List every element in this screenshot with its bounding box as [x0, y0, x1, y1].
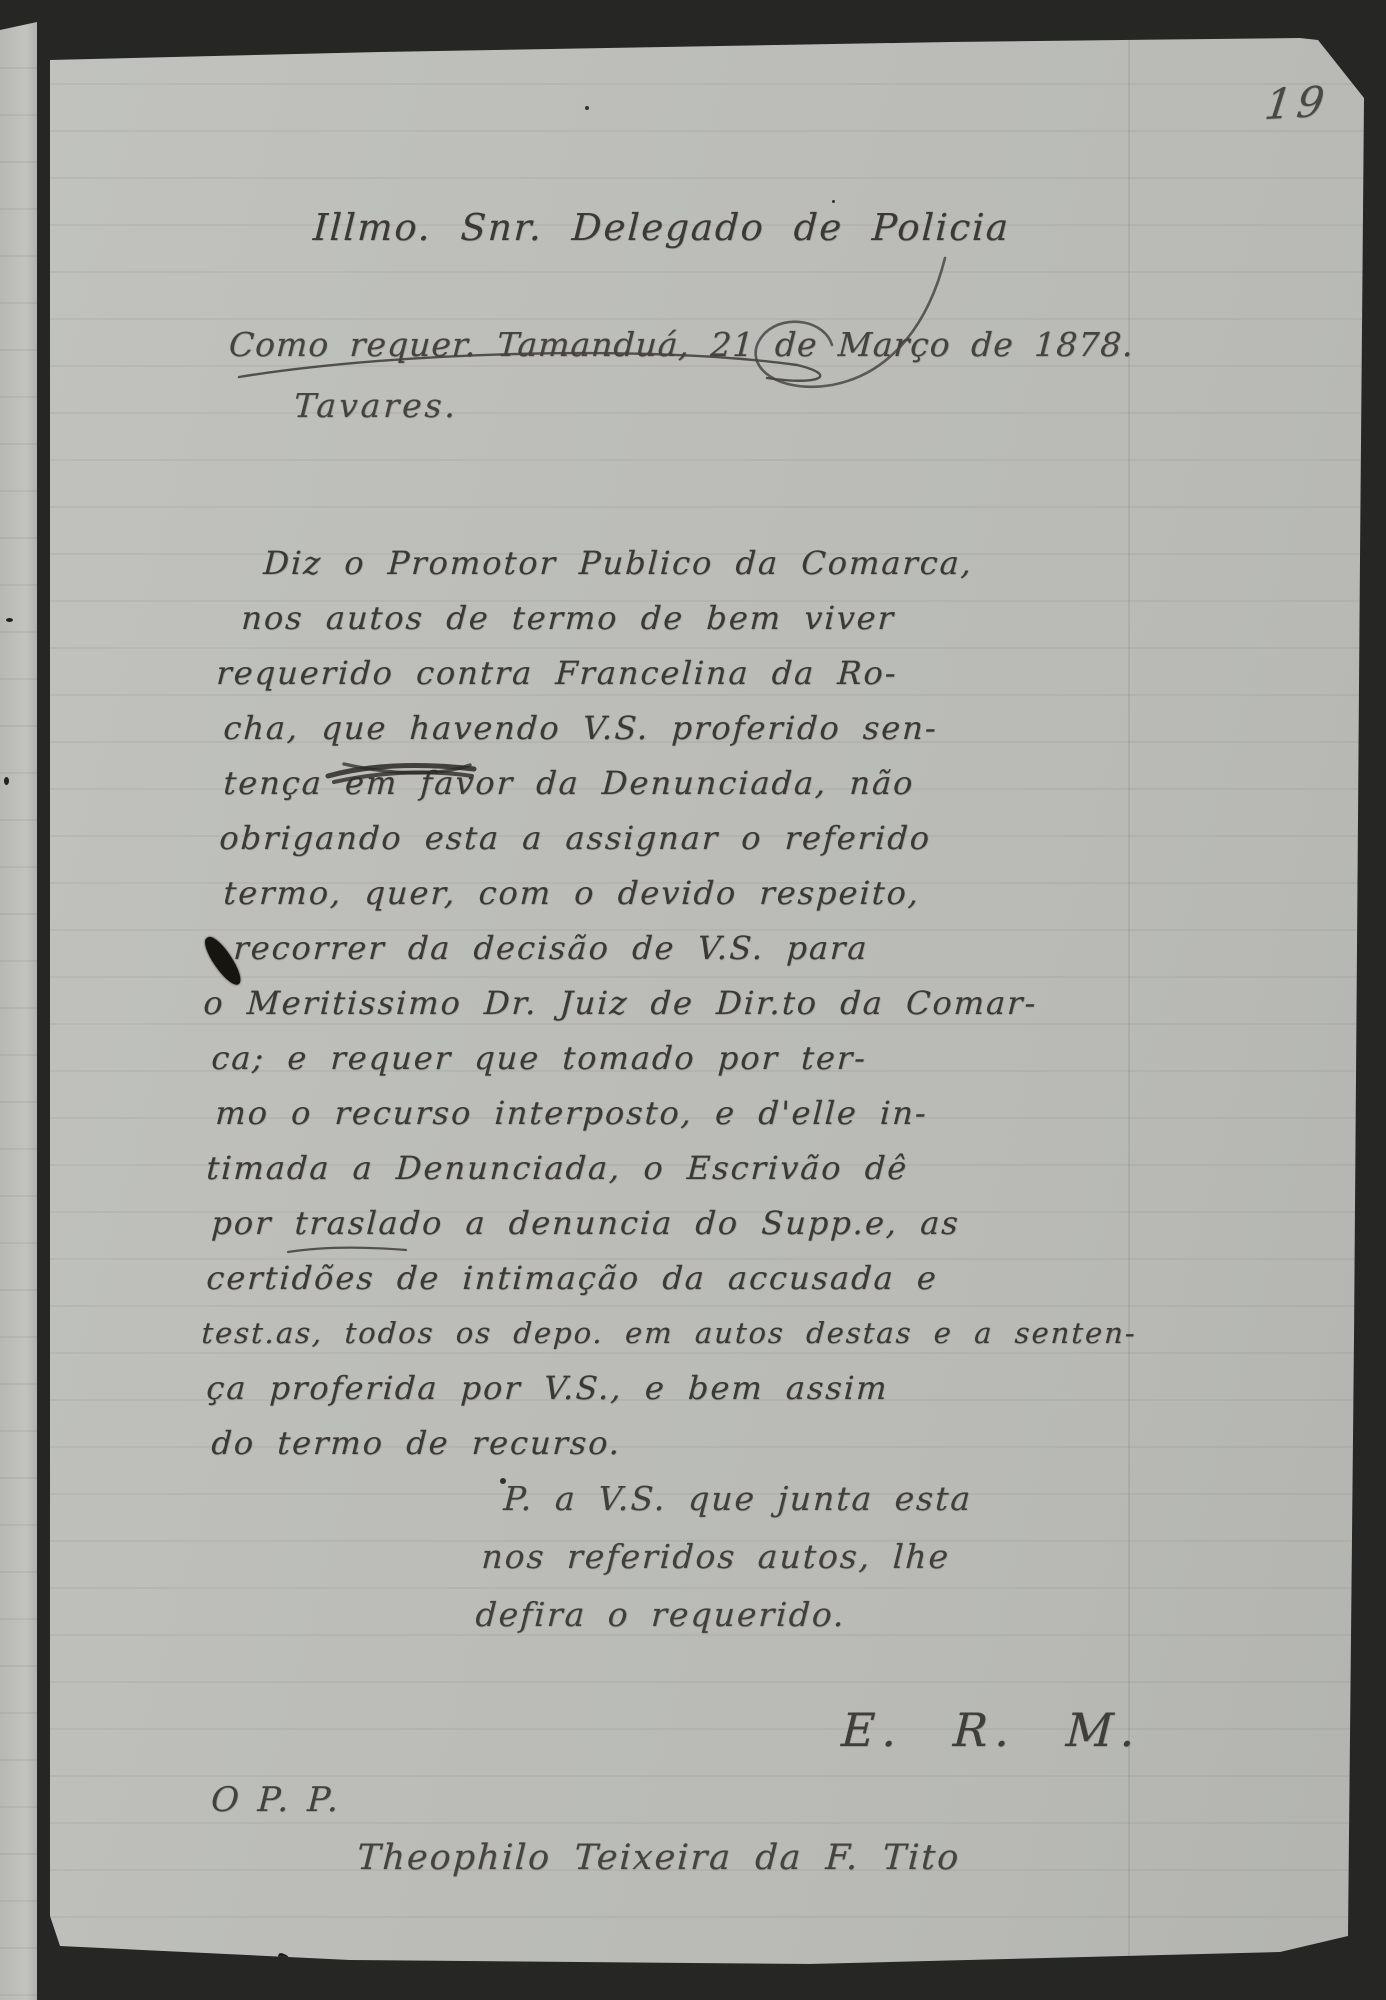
petition-closing-line: P. a V.S. que junta esta	[502, 1470, 974, 1528]
adjacent-page-edge	[0, 22, 37, 2000]
petition-closing-line: nos referidos autos, lhe	[480, 1528, 974, 1586]
manuscript-line: o Meritissimo Dr. Juiz de Dir.to da Coma…	[202, 976, 1183, 1031]
manuscript-line: obrigando esta a assignar o referido	[218, 811, 1183, 866]
ink-dot	[500, 1478, 506, 1484]
petition-body: Diz o Promotor Publico da Comarca, nos a…	[200, 536, 1180, 1471]
promoter-abbreviation: O P. P.	[210, 1780, 343, 1820]
manuscript-line: Diz o Promotor Publico da Comarca,	[262, 536, 1183, 591]
manuscript-line: tença em favor da Denunciada, não	[222, 756, 1183, 811]
despacho-signature: Tavares.	[293, 386, 459, 425]
document-scan: 19 Illmo. Snr. Delegado de Policia Como …	[0, 0, 1386, 2000]
document-page: 19 Illmo. Snr. Delegado de Policia Como …	[50, 38, 1364, 1978]
despacho-note: Como requer. Tamanduá, 21 de Março de 18…	[228, 325, 1135, 364]
manuscript-line: ça proferida por V.S., e bem assim	[205, 1361, 1183, 1416]
manuscript-line: por traslado a denuncia do Supp.e, as	[210, 1196, 1183, 1251]
page-number: 19	[1262, 77, 1332, 129]
paper-speck	[832, 200, 835, 203]
paper-speck	[585, 106, 589, 110]
manuscript-line: ca; e requer que tomado por ter-	[210, 1031, 1183, 1086]
manuscript-line: requerido contra Francelina da Ro-	[215, 646, 1183, 701]
paper-speck	[277, 1952, 290, 1962]
manuscript-line: certidões de intimação da accusada e	[205, 1251, 1183, 1306]
manuscript-line: do termo de recurso.	[210, 1416, 1183, 1471]
document-heading: Illmo. Snr. Delegado de Policia	[312, 206, 1011, 249]
paper-speck	[6, 618, 13, 622]
manuscript-line: nos autos de termo de bem viver	[240, 591, 1183, 646]
manuscript-line: recorrer da decisão de V.S. para	[232, 921, 1183, 976]
closing-courtesy: E. R. M.	[840, 1703, 1143, 1757]
petition-closing-line: defira o requerido.	[474, 1586, 974, 1644]
manuscript-line: timada a Denunciada, o Escrivão dê	[205, 1141, 1183, 1196]
manuscript-line: test.as, todos os depo. em autos destas …	[200, 1306, 1183, 1361]
manuscript-line: termo, quer, com o devido respeito,	[222, 866, 1183, 921]
petition-closing: P. a V.S. que junta esta nos referidos a…	[480, 1470, 971, 1644]
promoter-signature: Theophilo Teixeira da F. Tito	[356, 1838, 961, 1878]
manuscript-line: mo o recurso interposto, e d'elle in-	[214, 1086, 1183, 1141]
paper-speck	[4, 777, 9, 785]
manuscript-line: cha, que havendo V.S. proferido sen-	[222, 701, 1183, 756]
